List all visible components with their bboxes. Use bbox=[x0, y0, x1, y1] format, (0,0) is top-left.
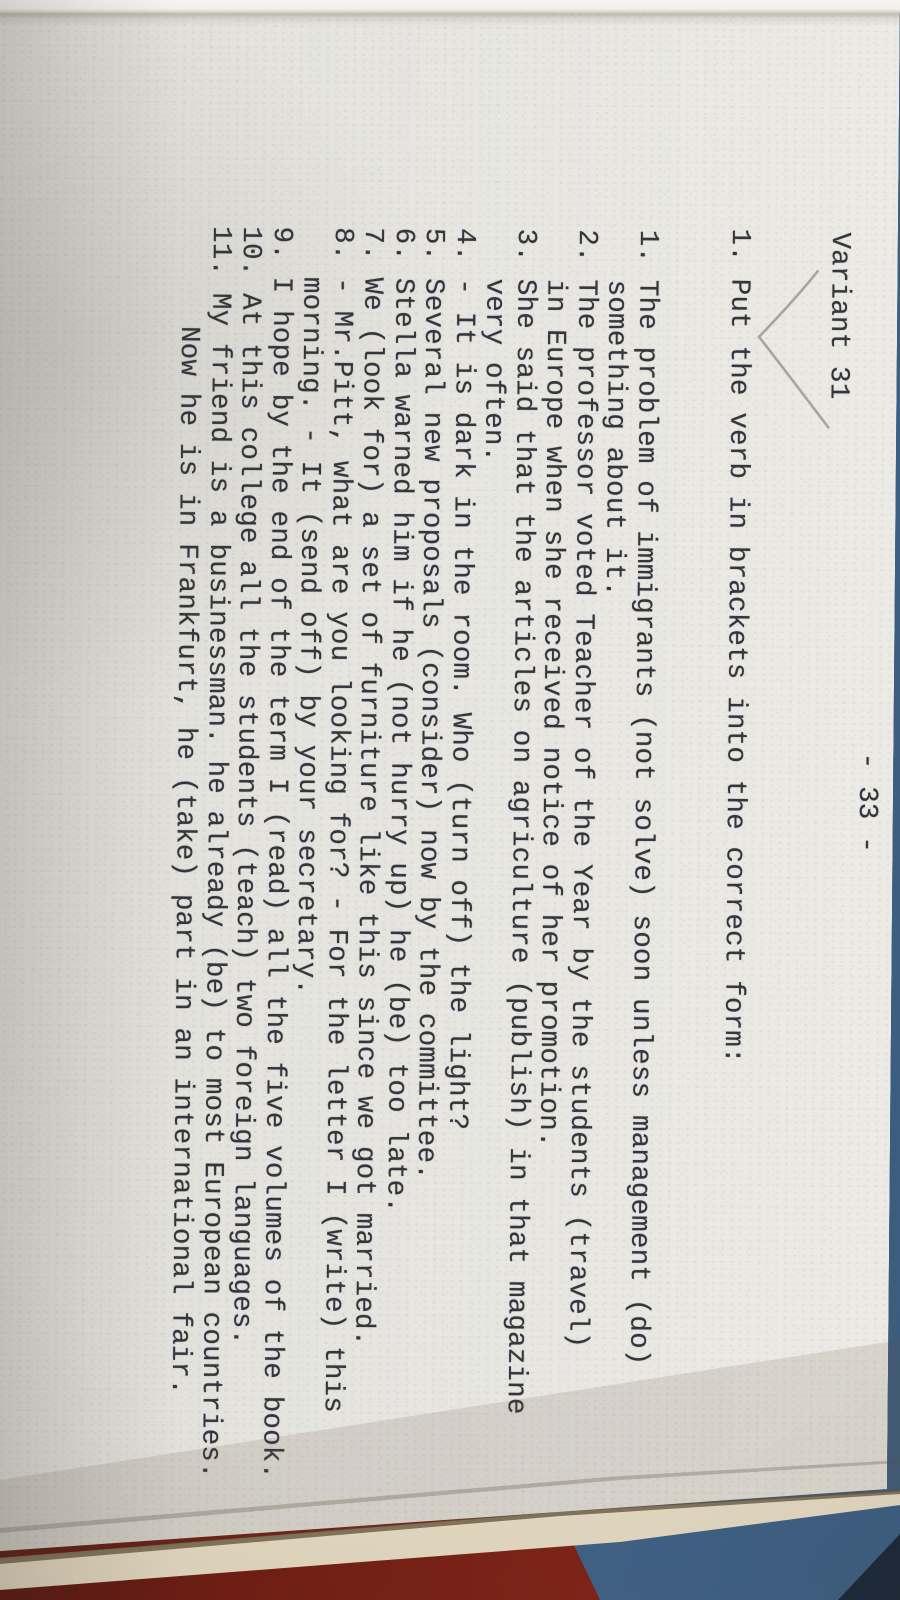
pencil-checkmark-icon bbox=[740, 257, 840, 443]
exam-page: - 33 - Variant 31 1. Put the verb in bra… bbox=[0, 0, 900, 1600]
photo-of-exam-page: - 33 - Variant 31 1. Put the verb in bra… bbox=[0, 0, 900, 1600]
page-number: - 33 - bbox=[850, 753, 881, 853]
exercise-sentences: 1. The problem of immigrants (not solve)… bbox=[163, 226, 662, 1483]
exercise-heading: 1. Put the verb in brackets into the cor… bbox=[716, 228, 754, 1063]
